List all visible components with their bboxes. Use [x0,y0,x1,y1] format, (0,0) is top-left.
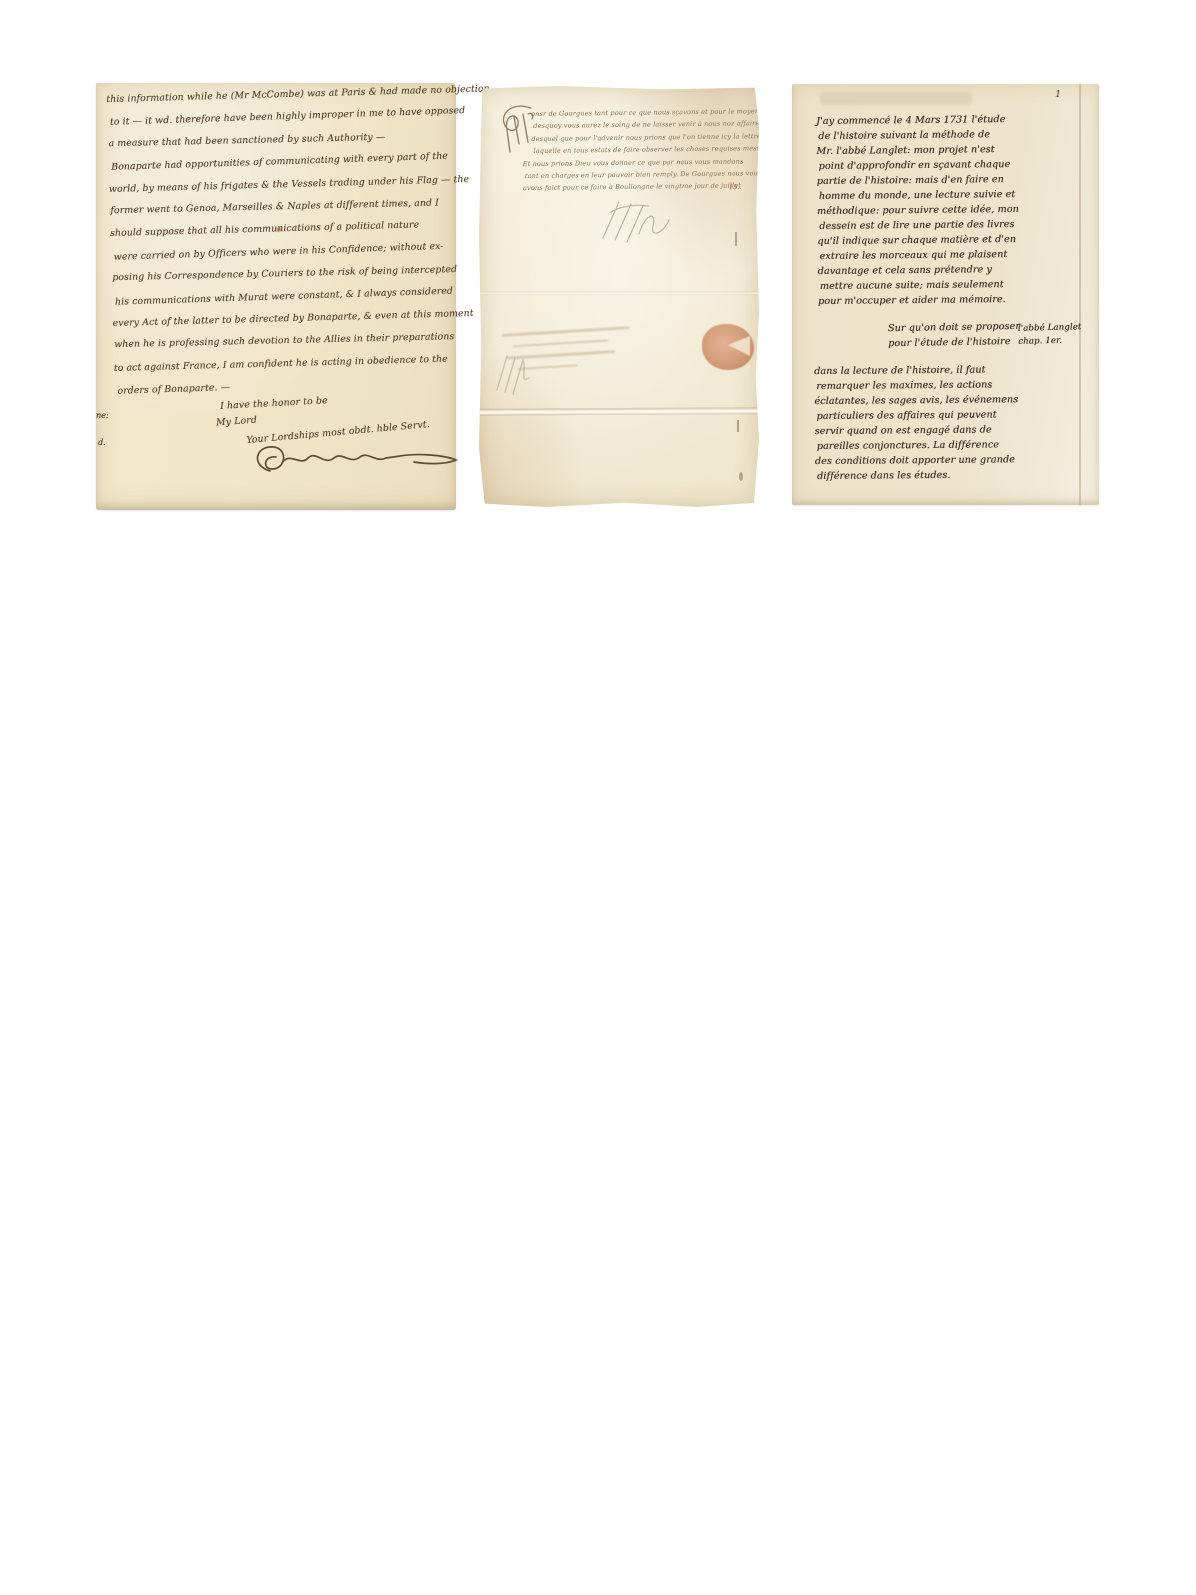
fold-crease [479,291,759,295]
manuscript-french-royal-letter: onsr de Gourgues tant pour ce que nous s… [479,86,759,507]
edge-mark [739,472,743,481]
manuscript-english-letter: this information while he (Mr McCombe) w… [96,83,456,510]
manuscript-line: homme du monde, une lecture suivie et [819,187,1025,204]
faded-header-smudge [820,92,972,105]
ink-stain [276,227,282,232]
margin-note-reference: l'abbé Langletchap. 1er. [1018,321,1082,349]
letter-body: this information while he (Mr McCombe) w… [106,79,461,402]
manuscript-line: pour m'occuper et aider ma mémoire. [818,292,1024,309]
signature-flourish [248,439,463,485]
edge-mark [735,232,737,246]
show-through-flourish [489,344,545,400]
letter-body: onsr de Gourgues tant pour ce que nous s… [531,105,748,194]
seal-highlight [728,336,750,356]
date-year-fragment: 15.. [729,183,742,191]
wax-seal-stain [702,324,754,370]
manuscript-line: point d'approfondir en sçavant chaque [818,157,1024,174]
manuscript-line: desquoy vous aurez le soing de ne laisse… [533,118,749,133]
edge-mark [737,420,739,432]
manuscript-line: de l'histoire suivant la méthode de [818,127,1024,144]
margin-note-line: chap. 1er. [1018,334,1082,349]
manuscript-line: particuliers des affaires qui peuvent [816,407,1028,424]
heading-line: pour l'étude de l'histoire [888,334,1020,351]
manuscript-line: laquelle en tous estats de faire observe… [533,143,749,158]
journal-paragraph-1: J'ay commencé le 4 Mars 1731 l'étudede l… [816,112,1024,309]
trimmed-margin-fragment: ne: [96,411,109,420]
faded-signature [591,192,689,252]
section-heading: Sur qu'on doit se proposerpour l'étude d… [888,319,1021,351]
manuscript-line: dessein est de lire une partie des livre… [819,217,1025,234]
page-edge-rule [1079,84,1081,505]
catalog-page: this information while he (Mr McCombe) w… [0,0,1196,1595]
manuscript-line: remarquer les maximes, les actions [816,377,1028,394]
fold-tear [479,407,759,415]
manuscript-line: différence dans les études. [817,467,1029,484]
trimmed-margin-fragment: d. [98,438,106,447]
page-number: 1 [1055,89,1061,100]
journal-paragraph-2: dans la lecture de l'histoire, il fautre… [814,362,1027,484]
manuscript-line: extraire les morceaux qui me plaisent [819,247,1025,264]
manuscript-study-journal: 1 J'ay commencé le 4 Mars 1731 l'étudede… [792,84,1099,505]
margin-note-line: l'abbé Langlet [1018,321,1082,336]
closing-line-mylord: My Lord [216,415,258,429]
manuscript-line: pareilles conjonctures. La différence [817,437,1029,454]
manuscript-line: mettre aucune suite; mais seulement [820,277,1026,294]
